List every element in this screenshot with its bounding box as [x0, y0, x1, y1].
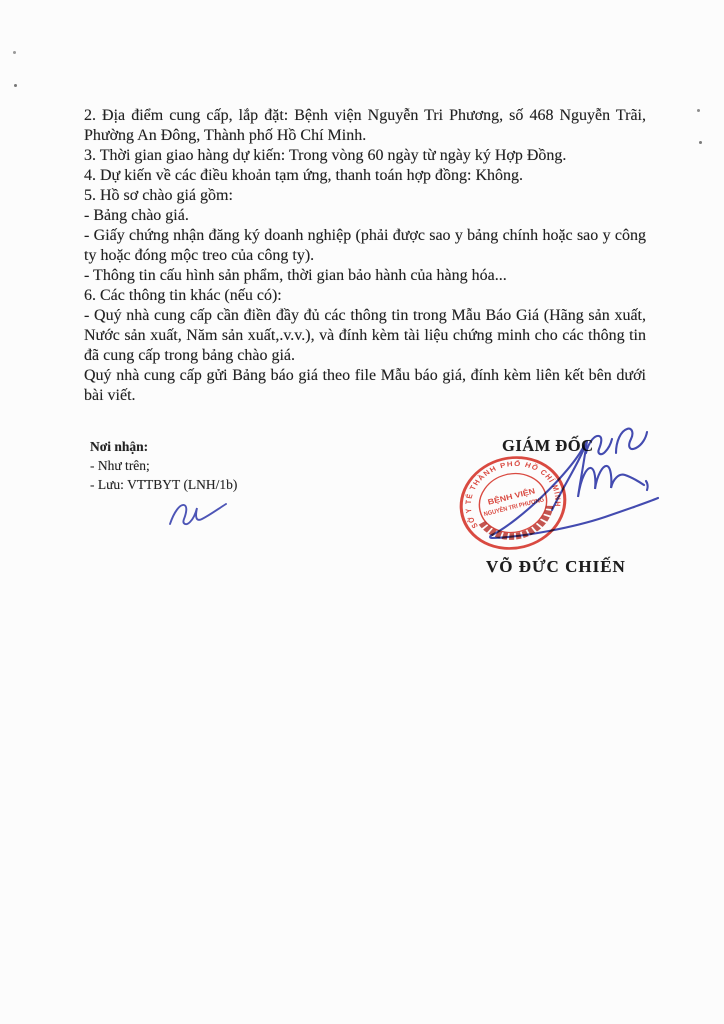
clerk-initial-signature [160, 492, 238, 532]
director-signature [450, 413, 690, 563]
recipients-label: Nơi nhận: [90, 437, 237, 456]
signature-main [552, 441, 648, 510]
recipients-block: Nơi nhận: - Như trên; - Lưu: VTTBYT (LNH… [90, 437, 237, 494]
paragraph-payment-terms: 4. Dự kiến về các điều khoản tạm ứng, th… [84, 166, 646, 186]
paragraph-delivery-time: 3. Thời gian giao hàng dự kiến: Trong vò… [84, 146, 646, 166]
paragraph-dossier-item-config: - Thông tin cấu hình sản phẩm, thời gian… [84, 266, 646, 286]
recipient-item: - Như trên; [90, 456, 237, 475]
signature-underline-sweep [490, 446, 658, 538]
scanned-document-page: 2. Địa điểm cung cấp, lắp đặt: Bệnh viện… [0, 0, 724, 1024]
paragraph-dossier-heading: 5. Hồ sơ chào giá gồm: [84, 186, 646, 206]
paragraph-dossier-item-registration: - Giấy chứng nhận đăng ký doanh nghiệp (… [84, 226, 646, 266]
scan-speck [697, 109, 700, 112]
scan-speck [14, 84, 17, 87]
paragraph-submission-note: Quý nhà cung cấp gửi Bảng báo giá theo f… [84, 366, 646, 406]
scan-speck [699, 141, 702, 144]
paragraph-other-info-heading: 6. Các thông tin khác (nếu có): [84, 286, 646, 306]
paragraph-other-info-detail: - Quý nhà cung cấp cần điền đầy đủ các t… [84, 306, 646, 366]
paragraph-location: 2. Địa điểm cung cấp, lắp đặt: Bệnh viện… [84, 106, 646, 146]
document-body: 2. Địa điểm cung cấp, lắp đặt: Bệnh viện… [84, 106, 646, 406]
signature-flourish [586, 429, 647, 455]
scan-speck [13, 51, 16, 54]
paragraph-dossier-item-quote: - Bảng chào giá. [84, 206, 646, 226]
